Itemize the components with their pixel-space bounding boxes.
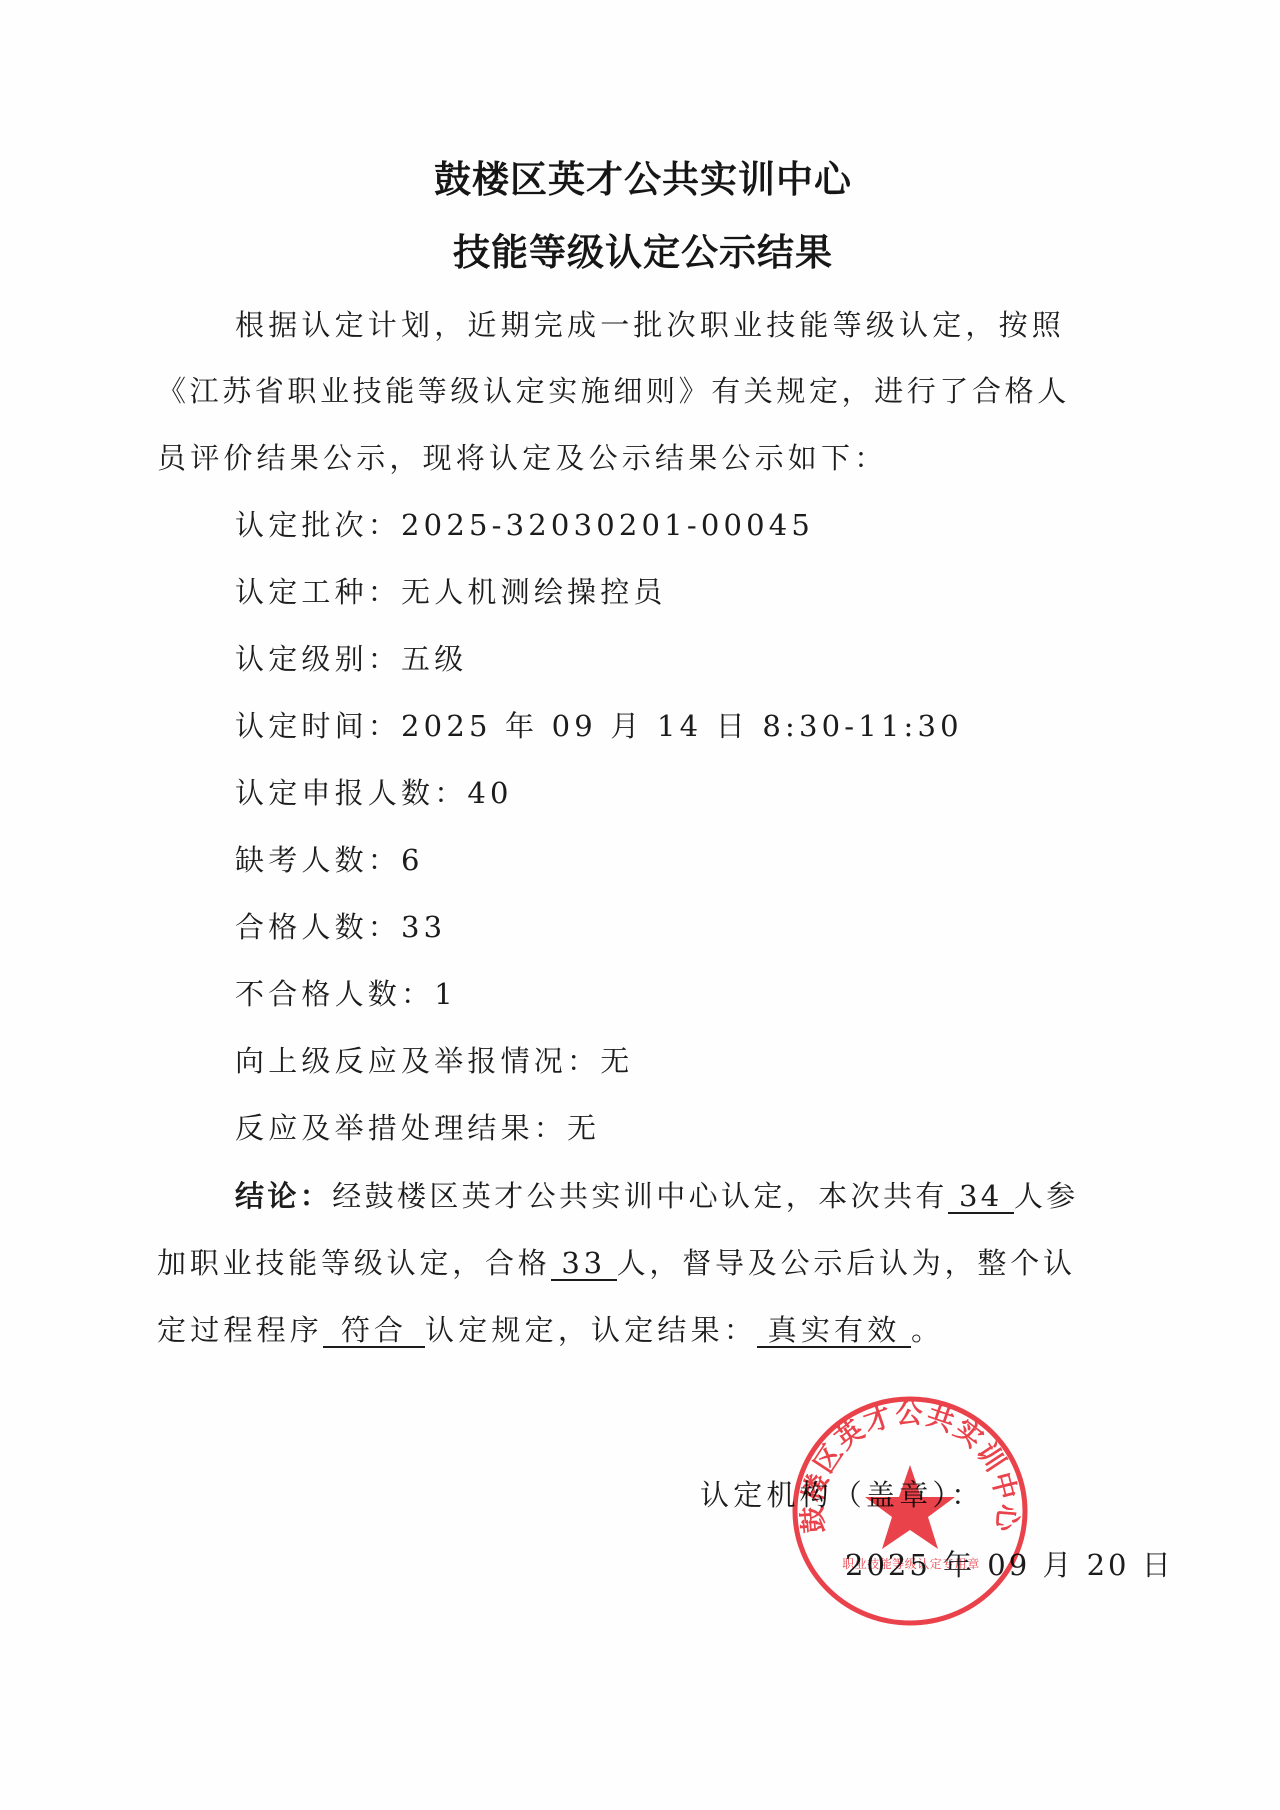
- conclusion-text-3: 加职业技能等级认定，合格: [157, 1246, 551, 1280]
- field-occupation: 认定工种：无人机测绘操控员: [235, 574, 667, 610]
- conclusion-label: 结论：: [235, 1179, 332, 1213]
- field-failed: 不合格人数：1: [235, 976, 457, 1012]
- field-reports: 向上级反应及举报情况：无: [235, 1043, 633, 1079]
- seal-arc-text: 鼓楼区英才公共实训中心: [797, 1399, 1023, 1534]
- field-passed-value: 33: [401, 910, 446, 944]
- conclusion-text-2: 人参: [1014, 1179, 1079, 1213]
- field-occupation-label: 认定工种：: [235, 575, 401, 609]
- field-batch-label: 认定批次：: [235, 508, 401, 542]
- conclusion-participants: 34: [948, 1180, 1014, 1214]
- conclusion-text-6: 认定规定，认定结果：: [425, 1313, 757, 1347]
- signature-date: 2025 年 09 月 20 日: [845, 1547, 1174, 1583]
- field-level-label: 认定级别：: [235, 642, 401, 676]
- conclusion-text-1: 经鼓楼区英才公共实训中心认定，本次共有: [332, 1179, 948, 1213]
- field-time-label: 认定时间：: [235, 709, 401, 743]
- field-passed-label: 合格人数：: [235, 910, 401, 944]
- signature-label: 认定机构（盖章）：: [700, 1477, 984, 1513]
- field-handling-result: 反应及举措处理结果：无: [235, 1110, 600, 1146]
- conclusion-line-3: 定过程程序符合认定规定，认定结果：真实有效。: [157, 1312, 944, 1348]
- svg-text:鼓楼区英才公共实训中心: 鼓楼区英才公共实训中心: [797, 1399, 1023, 1534]
- field-batch: 认定批次：2025-32030201-00045: [235, 507, 814, 543]
- field-time-value: 2025 年 09 月 14 日 8:30-11:30: [401, 709, 963, 743]
- field-reports-value: 无: [600, 1044, 633, 1078]
- conclusion-passed: 33: [551, 1247, 617, 1281]
- conclusion-text-4: 人，督导及公示后认为，整个认: [617, 1246, 1076, 1280]
- document-title-organization: 鼓楼区英才公共实训中心: [0, 160, 1280, 200]
- field-handling-result-value: 无: [567, 1111, 600, 1145]
- field-absent: 缺考人数：6: [235, 842, 424, 878]
- field-failed-value: 1: [434, 977, 457, 1011]
- field-occupation-value: 无人机测绘操控员: [401, 575, 667, 609]
- intro-line-3: 员评价结果公示，现将认定及公示结果公示如下：: [157, 440, 887, 476]
- field-applicants-label: 认定申报人数：: [235, 776, 467, 810]
- field-batch-value: 2025-32030201-00045: [401, 508, 814, 542]
- field-level: 认定级别：五级: [235, 641, 467, 677]
- field-handling-result-label: 反应及举措处理结果：: [235, 1111, 567, 1145]
- field-passed: 合格人数：33: [235, 909, 446, 945]
- conclusion-line-2: 加职业技能等级认定，合格33人，督导及公示后认为，整个认: [157, 1245, 1076, 1281]
- conclusion-text-5: 定过程程序: [157, 1313, 323, 1347]
- conclusion-compliance: 符合: [323, 1314, 425, 1348]
- field-absent-value: 6: [401, 843, 424, 877]
- conclusion-line-1: 结论：经鼓楼区英才公共实训中心认定，本次共有34人参: [235, 1178, 1079, 1214]
- field-applicants-value: 40: [467, 776, 512, 810]
- conclusion-result: 真实有效: [757, 1314, 911, 1348]
- field-reports-label: 向上级反应及举报情况：: [235, 1044, 600, 1078]
- document-page: 鼓楼区英才公共实训中心 技能等级认定公示结果 根据认定计划，近期完成一批次职业技…: [0, 0, 1280, 1810]
- field-time: 认定时间：2025 年 09 月 14 日 8:30-11:30: [235, 708, 963, 744]
- field-applicants: 认定申报人数：40: [235, 775, 513, 811]
- conclusion-text-7: 。: [911, 1313, 944, 1347]
- document-title-subject: 技能等级认定公示结果: [0, 233, 1280, 273]
- field-failed-label: 不合格人数：: [235, 977, 434, 1011]
- intro-line-1: 根据认定计划，近期完成一批次职业技能等级认定，按照: [235, 307, 1065, 343]
- field-level-value: 五级: [401, 642, 467, 676]
- field-absent-label: 缺考人数：: [235, 843, 401, 877]
- intro-line-2: 《江苏省职业技能等级认定实施细则》有关规定，进行了合格人: [157, 373, 1070, 409]
